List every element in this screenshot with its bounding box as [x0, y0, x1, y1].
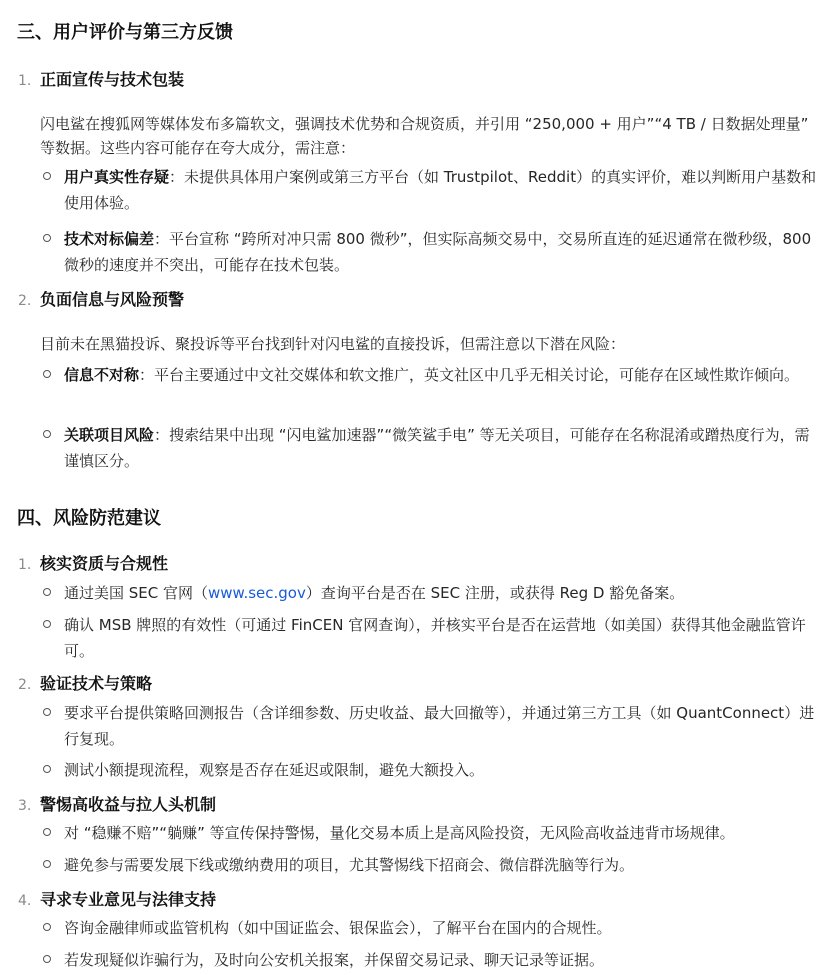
item-title: 验证技术与策略 — [40, 674, 152, 693]
bullet-label: 用户真实性存疑 — [64, 168, 169, 186]
bullet-text: 对 “稳赚不赔”“躺赚” 等宣传保持警惕，量化交易本质上是高风险投资，无风险高收… — [64, 820, 820, 846]
bullet-label: 信息不对称 — [64, 366, 139, 384]
bullet-item: 关联项目风险：搜索结果中出现 “闪电鲨加速器”“微笑鲨手电” 等无关项目，可能存… — [40, 422, 820, 474]
bullet-item: 对 “稳赚不赔”“躺赚” 等宣传保持警惕，量化交易本质上是高风险投资，无风险高收… — [40, 820, 820, 846]
paragraph: 闪电鲨在搜狐网等媒体发布多篇软文，强调技术优势和合规资质，并引用 “250,00… — [40, 112, 820, 160]
hollow-circle-bullet-icon — [43, 172, 51, 180]
bullet-item: 若发现疑似诈骗行为，及时向公安机关报案，并保留交易记录、聊天记录等证据。 — [40, 947, 820, 973]
item-title: 核实资质与合规性 — [40, 554, 168, 573]
bullet-text: ：平台主要通过中文社交媒体和软文推广，英文社区中几乎无相关讨论，可能存在区域性欺… — [139, 366, 799, 384]
paragraph: 目前未在黑猫投诉、聚投诉等平台找到针对闪电鲨的直接投诉，但需注意以下潜在风险： — [40, 332, 820, 356]
hollow-circle-bullet-icon — [43, 923, 51, 931]
list-number: 2. — [18, 293, 40, 309]
bullet-text: 要求平台提供策略回测报告（含详细参数、历史收益、最大回撤等），并通过第三方工具（… — [64, 700, 820, 752]
bullet-label: 关联项目风险 — [64, 426, 154, 444]
bullet-item: 要求平台提供策略回测报告（含详细参数、历史收益、最大回撤等），并通过第三方工具（… — [40, 700, 820, 752]
bullet-text: ：搜索结果中出现 “闪电鲨加速器”“微笑鲨手电” 等无关项目，可能存在名称混淆或… — [64, 426, 810, 470]
hollow-circle-bullet-icon — [43, 765, 51, 773]
item-title: 负面信息与风险预警 — [40, 290, 184, 309]
bullet-text: 避免参与需要发展下线或缴纳费用的项目，尤其警惕线下招商会、微信群洗脑等行为。 — [64, 852, 820, 878]
bullet-label: 技术对标偏差 — [64, 230, 154, 248]
hollow-circle-bullet-icon — [43, 828, 51, 836]
hollow-circle-bullet-icon — [43, 708, 51, 716]
bullet-item: 确认 MSB 牌照的有效性（可通过 FinCEN 官网查询），并核实平台是否在运… — [40, 612, 820, 664]
bullet-item: 用户真实性存疑：未提供具体用户案例或第三方平台（如 Trustpilot、Red… — [40, 164, 820, 216]
bullet-text: 确认 MSB 牌照的有效性（可通过 FinCEN 官网查询），并核实平台是否在运… — [64, 612, 820, 664]
bullet-item: 通过美国 SEC 官网（www.sec.gov）查询平台是否在 SEC 注册，或… — [40, 580, 820, 606]
item-title: 正面宣传与技术包装 — [40, 70, 184, 89]
section-heading-4: 四、风险防范建议 — [17, 504, 161, 530]
hollow-circle-bullet-icon — [43, 234, 51, 242]
list-number: 3. — [18, 798, 40, 814]
section-heading-3: 三、用户评价与第三方反馈 — [17, 18, 233, 44]
hollow-circle-bullet-icon — [43, 430, 51, 438]
ordered-item-3-2: 2.负面信息与风险预警 — [18, 287, 184, 310]
item-title: 警惕高收益与拉人头机制 — [40, 795, 216, 814]
list-number: 1. — [18, 73, 40, 89]
bullet-text: 测试小额提现流程，观察是否存在延迟或限制，避免大额投入。 — [64, 757, 820, 783]
list-number: 2. — [18, 677, 40, 693]
bullet-text: 若发现疑似诈骗行为，及时向公安机关报案，并保留交易记录、聊天记录等证据。 — [64, 947, 820, 973]
hollow-circle-bullet-icon — [43, 955, 51, 963]
bullet-item: 咨询金融律师或监管机构（如中国证监会、银保监会），了解平台在国内的合规性。 — [40, 915, 820, 941]
ordered-item-3-1: 1.正面宣传与技术包装 — [18, 67, 184, 90]
bullet-item: 避免参与需要发展下线或缴纳费用的项目，尤其警惕线下招商会、微信群洗脑等行为。 — [40, 852, 820, 878]
bullet-text: ：未提供具体用户案例或第三方平台（如 Trustpilot、Reddit）的真实… — [64, 168, 816, 212]
ordered-item-4-4: 4.寻求专业意见与法律支持 — [18, 887, 216, 910]
hollow-circle-bullet-icon — [43, 620, 51, 628]
ordered-item-4-1: 1.核实资质与合规性 — [18, 551, 168, 574]
ordered-item-4-3: 3.警惕高收益与拉人头机制 — [18, 792, 216, 815]
hollow-circle-bullet-icon — [43, 370, 51, 378]
ordered-item-4-2: 2.验证技术与策略 — [18, 671, 152, 694]
bullet-text: 通过美国 SEC 官网（ — [64, 584, 208, 602]
sec-website-link[interactable]: www.sec.gov — [208, 584, 306, 602]
hollow-circle-bullet-icon — [43, 860, 51, 868]
bullet-text: 咨询金融律师或监管机构（如中国证监会、银保监会），了解平台在国内的合规性。 — [64, 915, 820, 941]
bullet-text: ：平台宣称 “跨所对冲只需 800 微秒”，但实际高频交易中，交易所直连的延迟通… — [64, 230, 811, 274]
list-number: 4. — [18, 893, 40, 909]
item-title: 寻求专业意见与法律支持 — [40, 890, 216, 909]
list-number: 1. — [18, 557, 40, 573]
hollow-circle-bullet-icon — [43, 588, 51, 596]
bullet-text: ）查询平台是否在 SEC 注册，或获得 Reg D 豁免备案。 — [306, 584, 684, 602]
bullet-item: 信息不对称：平台主要通过中文社交媒体和软文推广，英文社区中几乎无相关讨论，可能存… — [40, 362, 820, 388]
bullet-item: 测试小额提现流程，观察是否存在延迟或限制，避免大额投入。 — [40, 757, 820, 783]
bullet-item: 技术对标偏差：平台宣称 “跨所对冲只需 800 微秒”，但实际高频交易中，交易所… — [40, 226, 820, 278]
